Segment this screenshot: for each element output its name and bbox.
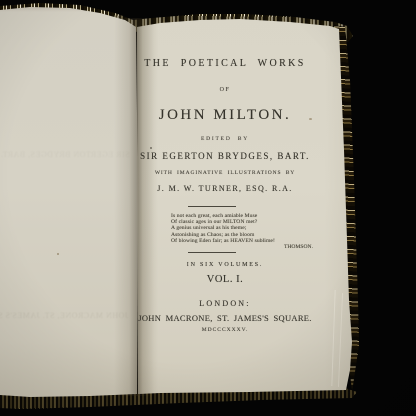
series-title: THE POETICAL WORKS [137,58,313,69]
showthrough-ghost-text: JOHN MACRONE, ST. JAMES'S SQUARE. [8,311,128,320]
illustrator-name: J. M. W. TURNER, ESQ. R.A. [137,184,313,193]
foxing-speck [57,253,59,255]
imprint-city: LONDON: [137,299,313,308]
edited-by-label: EDITED BY [137,136,313,142]
imprint-year: MDCCCXXXV. [137,327,313,333]
volumes-note: IN SIX VOLUMES. [137,262,313,268]
illustrations-note: WITH IMAGINATIVE ILLUSTRATIONS BY [137,170,313,176]
divider-rule-bottom [188,252,236,253]
divider-rule-top [188,206,236,207]
connector-of: OF [137,87,313,93]
author-name: JOHN MILTON. [137,107,313,124]
showthrough-ghost-text: SIR EGERTON BRYDGES, BART. [0,150,130,159]
epigraph-attribution: THOMSON. [171,244,313,250]
title-page-text-block: THE POETICAL WORKS OF JOHN MILTON. EDITE… [137,0,313,416]
imprint-publisher: JOHN MACRONE, ST. JAMES'S SQUARE. [137,313,313,323]
editor-name: SIR EGERTON BRYDGES, BART. [137,151,313,161]
volume-label: VOL. I. [137,274,313,285]
book-photo: JOHN MACRONE, ST. JAMES'S SQUARE. SIR EG… [0,0,416,416]
